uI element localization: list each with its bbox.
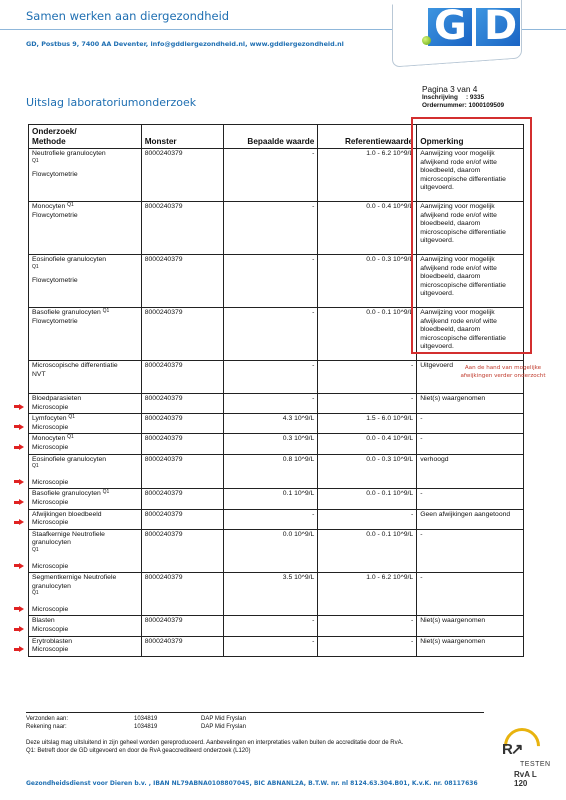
- method-name: Flowcytometrie: [32, 318, 138, 327]
- test-name: Afwijkingen bloedbeeld: [32, 511, 102, 518]
- test-name: Bloedparasieten: [32, 395, 81, 402]
- table-row: Segmentkernige Neutrofiele granulocytenQ…: [29, 573, 524, 616]
- cell-remark: Niet(s) waargenomen: [417, 394, 524, 414]
- table-row: Microscopische differentiatieNVT80002403…: [29, 361, 524, 394]
- red-arrow-icon: [14, 444, 24, 450]
- cell-remark: -: [417, 573, 524, 616]
- method-name: Microscopie: [32, 626, 138, 635]
- red-arrow-icon: [14, 424, 24, 430]
- logo-letter-d: D: [484, 4, 517, 48]
- cell-remark: Aanwijzing voor mogelijk afwijkend rode …: [417, 202, 524, 255]
- table-row: Monocyten Q1Microscopie80002403790.3 10^…: [29, 434, 524, 454]
- method-name: Microscopie: [32, 606, 138, 615]
- method-name: Microscopie: [32, 646, 138, 655]
- cell-sample: 8000240379: [141, 414, 223, 434]
- cell-reference: 0.0 - 0.1 10^9/L: [318, 308, 417, 361]
- test-name: Monocyten: [32, 435, 65, 442]
- method-name: Microscopie: [32, 404, 138, 413]
- cell-sample: 8000240379: [141, 509, 223, 529]
- cell-sample: 8000240379: [141, 616, 223, 636]
- q1-marker: Q1: [32, 590, 39, 596]
- rva-mark: R↗: [502, 740, 521, 758]
- header-divider: [0, 29, 420, 30]
- table-row: Basofiele granulocyten Q1Flowcytometrie8…: [29, 308, 524, 361]
- test-name: Monocyten: [32, 203, 65, 210]
- cell-test-method: BloedparasietenMicroscopie: [29, 394, 142, 414]
- test-name: Neutrofiele granulocyten: [32, 150, 106, 157]
- cell-test-method: BlastenMicroscopie: [29, 616, 142, 636]
- method-name: Microscopie: [32, 424, 138, 433]
- cell-remark: Aanwijzing voor mogelijk afwijkend rode …: [417, 149, 524, 202]
- cell-sample: 8000240379: [141, 529, 223, 572]
- rva-accreditation-logo: R↗ TESTEN RvA L 120: [500, 728, 550, 784]
- cell-remark: -: [417, 489, 524, 509]
- cell-value: 0.8 10^9/L: [223, 454, 318, 489]
- cell-value: -: [223, 509, 318, 529]
- method-name: NVT: [32, 371, 138, 380]
- q1-marker: Q1: [67, 202, 74, 208]
- red-arrow-icon: [14, 499, 24, 505]
- cell-test-method: Monocyten Q1Flowcytometrie: [29, 202, 142, 255]
- cell-value: -: [223, 361, 318, 394]
- test-name: Basofiele granulocyten: [32, 309, 101, 316]
- cell-reference: 1.0 - 6.2 10^9/L: [318, 573, 417, 616]
- ordernummer-value: : 1000109509: [465, 102, 504, 109]
- logo-dot-icon: [422, 36, 431, 45]
- invoice-number: 1034819: [134, 723, 201, 731]
- table-header-row: Onderzoek/Methode Monster Bepaalde waard…: [29, 125, 524, 149]
- header-reference: Referentiewaarde: [318, 125, 417, 149]
- cell-test-method: Basofiele granulocyten Q1Microscopie: [29, 489, 142, 509]
- cell-reference: -: [318, 394, 417, 414]
- inschrijving-label: Inschrijving: [422, 94, 466, 102]
- rva-code: RvA L 120: [514, 770, 550, 788]
- sent-to-number: 1034819: [134, 715, 201, 723]
- method-name: Microscopie: [32, 519, 138, 528]
- cell-sample: 8000240379: [141, 202, 223, 255]
- cell-value: 4.3 10^9/L: [223, 414, 318, 434]
- red-arrow-icon: [14, 626, 24, 632]
- page-title: Uitslag laboratoriumonderzoek: [26, 96, 196, 109]
- header-test-method: Onderzoek/Methode: [29, 125, 142, 149]
- red-arrow-icon: [14, 404, 24, 410]
- method-name: Microscopie: [32, 479, 138, 488]
- cell-value: 0.3 10^9/L: [223, 434, 318, 454]
- disclaimer: Deze uitslag mag uitsluitend in zijn geh…: [26, 739, 403, 755]
- red-arrow-icon: [14, 519, 24, 525]
- cell-sample: 8000240379: [141, 434, 223, 454]
- sent-to-name: DAP Mid Fryslan: [201, 715, 246, 723]
- cell-sample: 8000240379: [141, 636, 223, 656]
- q1-marker: Q1: [32, 264, 39, 270]
- test-name: Segmentkernige Neutrofiele granulocyten: [32, 574, 116, 590]
- gd-logo: G D: [428, 8, 524, 46]
- cell-sample: 8000240379: [141, 255, 223, 308]
- table-row: Monocyten Q1Flowcytometrie8000240379-0.0…: [29, 202, 524, 255]
- cell-sample: 8000240379: [141, 489, 223, 509]
- red-arrow-icon: [14, 563, 24, 569]
- ordernummer-label: Ordernummer: [422, 102, 465, 109]
- test-name: Staafkernige Neutrofiele granulocyten: [32, 531, 105, 547]
- method-name: Microscopie: [32, 444, 138, 453]
- header-remark: Opmerking: [417, 125, 524, 149]
- cell-test-method: Neutrofiele granulocytenQ1Flowcytometrie: [29, 149, 142, 202]
- tagline: Samen werken aan diergezondheid: [26, 9, 229, 23]
- table-row: BloedparasietenMicroscopie8000240379--Ni…: [29, 394, 524, 414]
- cell-remark: -: [417, 434, 524, 454]
- q1-marker: Q1: [32, 158, 39, 164]
- table-row: Basofiele granulocyten Q1Microscopie8000…: [29, 489, 524, 509]
- header-divider: [520, 29, 566, 30]
- red-arrow-icon: [14, 646, 24, 652]
- cell-remark: Aanwijzing voor mogelijk afwijkend rode …: [417, 308, 524, 361]
- cell-reference: -: [318, 509, 417, 529]
- cell-test-method: Microscopische differentiatieNVT: [29, 361, 142, 394]
- cell-reference: 0.0 - 0.4 10^9/L: [318, 202, 417, 255]
- cell-sample: 8000240379: [141, 361, 223, 394]
- cell-reference: -: [318, 616, 417, 636]
- q1-marker: Q1: [103, 308, 110, 314]
- cell-remark: verhoogd: [417, 454, 524, 489]
- sent-to-label: Verzonden aan:: [26, 715, 134, 723]
- q1-marker: Q1: [103, 489, 110, 495]
- table-row: Neutrofiele granulocytenQ1Flowcytometrie…: [29, 149, 524, 202]
- cell-value: -: [223, 255, 318, 308]
- red-arrow-icon: [14, 606, 24, 612]
- cell-remark: -: [417, 414, 524, 434]
- results-table: Onderzoek/Methode Monster Bepaalde waard…: [28, 124, 524, 657]
- table-row: Lymfocyten Q1Microscopie80002403794.3 10…: [29, 414, 524, 434]
- cell-test-method: Eosinofiele granulocytenQ1Flowcytometrie: [29, 255, 142, 308]
- q1-marker: Q1: [68, 414, 75, 420]
- cell-sample: 8000240379: [141, 149, 223, 202]
- rva-testen: TESTEN: [520, 761, 551, 768]
- cell-value: -: [223, 149, 318, 202]
- method-name: Flowcytometrie: [32, 171, 138, 180]
- cell-reference: 0.0 - 0.3 10^9/L: [318, 454, 417, 489]
- company-info: Gezondheidsdienst voor Dieren b.v. , IBA…: [26, 780, 478, 787]
- header-value: Bepaalde waarde: [223, 125, 318, 149]
- cell-test-method: Lymfocyten Q1Microscopie: [29, 414, 142, 434]
- invoice-name: DAP Mid Fryslan: [201, 723, 246, 731]
- inschrijving-value: : 9335: [466, 94, 484, 101]
- annotation-note: Aan de hand van mogelijke afwijkingen ve…: [453, 364, 553, 380]
- table-row: Eosinofiele granulocytenQ1Flowcytometrie…: [29, 255, 524, 308]
- q1-marker: Q1: [32, 547, 39, 553]
- cell-reference: 0.0 - 0.3 10^9/L: [318, 255, 417, 308]
- cell-sample: 8000240379: [141, 394, 223, 414]
- method-name: Microscopie: [32, 499, 138, 508]
- cell-value: -: [223, 308, 318, 361]
- table-row: Staafkernige Neutrofiele granulocytenQ1M…: [29, 529, 524, 572]
- cell-value: 0.1 10^9/L: [223, 489, 318, 509]
- test-name: Blasten: [32, 617, 55, 624]
- cell-reference: 0.0 - 0.1 10^9/L: [318, 529, 417, 572]
- cell-reference: 0.0 - 0.4 10^9/L: [318, 434, 417, 454]
- page-info: Pagina 3 van 4 Inschrijving: 9335 Ordern…: [422, 84, 504, 110]
- q1-note: Q1: Betreft door de GD uitgevoerd en doo…: [26, 747, 403, 755]
- cell-value: -: [223, 202, 318, 255]
- table-row: ErytroblastenMicroscopie8000240379--Niet…: [29, 636, 524, 656]
- cell-reference: 1.0 - 6.2 10^9/L: [318, 149, 417, 202]
- cell-sample: 8000240379: [141, 573, 223, 616]
- cell-test-method: Afwijkingen bloedbeeldMicroscopie: [29, 509, 142, 529]
- cell-test-method: Monocyten Q1Microscopie: [29, 434, 142, 454]
- cell-reference: -: [318, 361, 417, 394]
- cell-remark: Aanwijzing voor mogelijk afwijkend rode …: [417, 255, 524, 308]
- cell-test-method: Segmentkernige Neutrofiele granulocytenQ…: [29, 573, 142, 616]
- cell-value: -: [223, 394, 318, 414]
- cell-value: 3.5 10^9/L: [223, 573, 318, 616]
- q1-marker: Q1: [67, 434, 74, 440]
- logo-letter-g: G: [434, 4, 467, 48]
- table-row: Afwijkingen bloedbeeldMicroscopie8000240…: [29, 509, 524, 529]
- cell-reference: 0.0 - 0.1 10^9/L: [318, 489, 417, 509]
- cell-test-method: Basofiele granulocyten Q1Flowcytometrie: [29, 308, 142, 361]
- cell-reference: -: [318, 636, 417, 656]
- test-name: Lymfocyten: [32, 415, 67, 422]
- page-number: Pagina 3 van 4: [422, 84, 504, 94]
- cell-test-method: Staafkernige Neutrofiele granulocytenQ1M…: [29, 529, 142, 572]
- red-arrow-icon: [14, 479, 24, 485]
- footer-divider: [26, 712, 484, 713]
- cell-test-method: ErytroblastenMicroscopie: [29, 636, 142, 656]
- cell-remark: Niet(s) waargenomen: [417, 636, 524, 656]
- shipping-info: Verzonden aan:1034819DAP Mid Fryslan Rek…: [26, 715, 246, 731]
- cell-value: -: [223, 636, 318, 656]
- test-name: Microscopische differentiatie: [32, 362, 118, 369]
- test-name: Eosinofiele granulocyten: [32, 456, 106, 463]
- cell-test-method: Eosinofiele granulocytenQ1Microscopie: [29, 454, 142, 489]
- test-name: Eosinofiele granulocyten: [32, 256, 106, 263]
- cell-remark: -: [417, 529, 524, 572]
- cell-value: -: [223, 616, 318, 636]
- invoice-label: Rekening naar:: [26, 723, 134, 731]
- address-line: GD, Postbus 9, 7400 AA Deventer, info@gd…: [26, 40, 344, 48]
- cell-reference: 1.5 - 6.0 10^9/L: [318, 414, 417, 434]
- q1-marker: Q1: [32, 463, 39, 469]
- table-row: Eosinofiele granulocytenQ1Microscopie800…: [29, 454, 524, 489]
- cell-sample: 8000240379: [141, 454, 223, 489]
- method-name: Flowcytometrie: [32, 277, 138, 286]
- cell-remark: Geen afwijkingen aangetoond: [417, 509, 524, 529]
- header-sample: Monster: [141, 125, 223, 149]
- method-name: Microscopie: [32, 563, 138, 572]
- method-name: Flowcytometrie: [32, 212, 138, 221]
- test-name: Erytroblasten: [32, 638, 72, 645]
- cell-value: 0.0 10^9/L: [223, 529, 318, 572]
- test-name: Basofiele granulocyten: [32, 490, 101, 497]
- cell-sample: 8000240379: [141, 308, 223, 361]
- cell-remark: Niet(s) waargenomen: [417, 616, 524, 636]
- disclaimer-text: Deze uitslag mag uitsluitend in zijn geh…: [26, 739, 403, 747]
- table-row: BlastenMicroscopie8000240379--Niet(s) wa…: [29, 616, 524, 636]
